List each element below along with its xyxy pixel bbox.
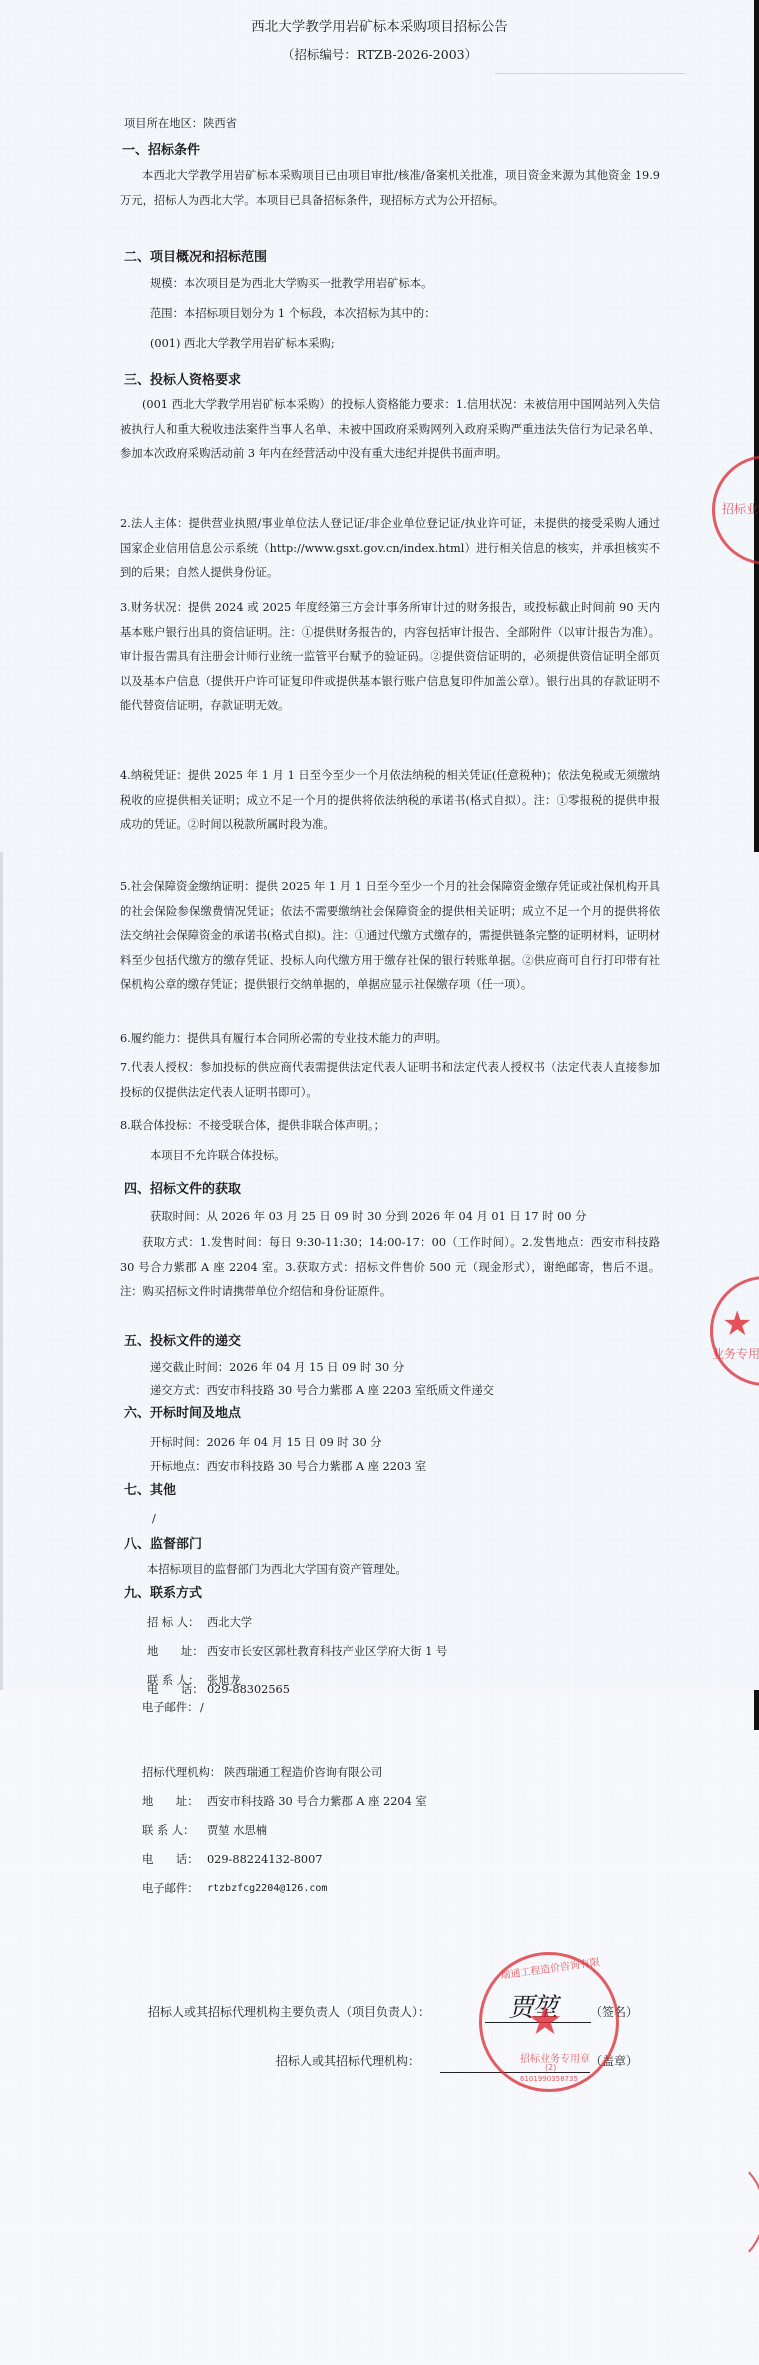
tender-number: （招标编号：RTZB-2026-2003） xyxy=(0,48,759,62)
tenderer-phone: 029-88302565 xyxy=(207,1683,290,1697)
section-1-body: 本西北大学教学用岩矿标本采购项目已由项目审批/核准/备案机关批准，项目资金来源为… xyxy=(120,164,660,213)
section-heading-5: 五、投标文件的递交 xyxy=(124,1335,241,1349)
document-acquisition-time: 获取时间：从 2026 年 03 月 25 日 09 时 30 分到 2026 … xyxy=(150,1210,586,1224)
tenderer-address: 西安市长安区郭杜教育科技产业区学府大街 1 号 xyxy=(207,1645,447,1659)
agency-email-label: 电子邮件： xyxy=(142,1882,199,1896)
requirement-8-consortium: 8.联合体投标：不接受联合体，提供非联合体声明。； xyxy=(120,1114,660,1139)
section-heading-4: 四、招标文件的获取 xyxy=(124,1183,241,1197)
supervision-department: 本招标项目的监督部门为西北大学国有资产管理处。 xyxy=(147,1563,407,1577)
section-heading-2: 二、项目概况和招标范围 xyxy=(124,251,267,265)
opening-time: 开标时间：2026 年 04 月 15 日 09 时 30 分 xyxy=(150,1436,382,1450)
requirement-3-financial: 3.财务状况：提供 2024 或 2025 年度经第三方会计事务所审计过的财务报… xyxy=(120,596,660,719)
project-region: 项目所在地区：陕西省 xyxy=(124,117,237,131)
project-scope: 范围：本招标项目划分为 1 个标段，本次招标为其中的： xyxy=(150,307,436,321)
agency-address-label: 地 址： xyxy=(142,1795,199,1809)
section-heading-6: 六、开标时间及地点 xyxy=(124,1407,241,1421)
tenderer-address-label: 地 址： xyxy=(147,1645,204,1659)
section-heading-3: 三、投标人资格要求 xyxy=(124,374,241,388)
seal-serial: (2) xyxy=(545,2063,556,2072)
page-segment-3: 电 话： 029-88302565 电子邮件： / 招标代理机构： 陕西瑞通工程… xyxy=(0,1690,759,2365)
requirement-4-tax: 4.纳税凭证：提供 2025 年 1 月 1 日至今至少一个月依法纳税的相关凭证… xyxy=(120,764,660,844)
requirement-6-capability: 6.履约能力：提供具有履行本合同所必需的专业技术能力的声明。 xyxy=(120,1027,660,1052)
scan-edge xyxy=(754,1690,759,1730)
project-lot: (001) 西北大学教学用岩矿标本采购; xyxy=(150,337,335,351)
project-scale: 规模：本次项目是为西北大学购买一批教学用岩矿标本。 xyxy=(150,277,432,291)
agency-email[interactable]: rtzbzfcg2204@126.com xyxy=(207,1882,327,1896)
requirement-7-authorization: 7.代表人授权：参加投标的供应商代表需提供法定代表人证明书和法定代表人授权书（法… xyxy=(120,1056,660,1105)
seal-text-fragment: 招标业务专用章 xyxy=(722,500,759,517)
agency-address: 西安市科技路 30 号合力紫郡 A 座 2204 室 xyxy=(207,1795,427,1809)
agency-contact: 贾堃 水思楠 xyxy=(207,1824,267,1838)
tenderer-email: / xyxy=(200,1701,204,1715)
section-heading-7: 七、其他 xyxy=(124,1484,176,1498)
page-segment-1: 西北大学教学用岩矿标本采购项目招标公告 （招标编号：RTZB-2026-2003… xyxy=(0,0,759,852)
consortium-note: 本项目不允许联合体投标。 xyxy=(150,1149,286,1163)
section-heading-8: 八、监督部门 xyxy=(124,1538,202,1552)
tenderer-email-label: 电子邮件： xyxy=(142,1701,199,1715)
responsible-person-label: 招标人或其招标代理机构主要负责人（项目负责人）： xyxy=(148,2005,430,2019)
tenderer-name-label: 招 标 人： xyxy=(147,1616,199,1630)
seal-number: 6101990358735 xyxy=(520,2075,578,2083)
scan-artifact-line xyxy=(495,73,685,74)
official-seal-partial xyxy=(665,2156,759,2268)
scan-edge xyxy=(0,852,3,1690)
page-segment-2: 5.社会保障资金缴纳证明：提供 2025 年 1 月 1 日至今至少一个月的社会… xyxy=(0,852,759,1690)
seal-star-icon: ★ xyxy=(527,1998,563,2044)
tenderer-phone-label: 电 话： xyxy=(147,1683,204,1697)
requirement-2-legal-entity: 2.法人主体：提供营业执照/事业单位法人登记证/非企业单位登记证/执业许可证，未… xyxy=(120,512,660,586)
tenderer-name: 西北大学 xyxy=(207,1616,252,1630)
submission-deadline: 递交截止时间：2026 年 04 月 15 日 09 时 30 分 xyxy=(150,1361,404,1375)
agency-contact-label: 联 系 人： xyxy=(142,1824,194,1838)
organization-label: 招标人或其招标代理机构： xyxy=(276,2054,420,2068)
document-title: 西北大学教学用岩矿标本采购项目招标公告 xyxy=(0,20,759,34)
section-heading-1: 一、招标条件 xyxy=(122,144,200,158)
agency-name-label: 招标代理机构： xyxy=(142,1766,221,1780)
agency-phone-label: 电 话： xyxy=(142,1853,199,1867)
agency-phone: 029-88224132-8007 xyxy=(207,1853,322,1867)
section-heading-9: 九、联系方式 xyxy=(124,1587,202,1601)
submission-method: 递交方式：西安市科技路 30 号合力紫郡 A 座 2203 室纸质文件递交 xyxy=(150,1384,494,1398)
section-7-body: / xyxy=(152,1512,156,1526)
agency-name: 陕西瑞通工程造价咨询有限公司 xyxy=(224,1766,382,1780)
scan-edge xyxy=(754,0,759,852)
seal-star-icon: ★ xyxy=(722,1304,752,1344)
opening-place: 开标地点：西安市科技路 30 号合力紫郡 A 座 2203 室 xyxy=(150,1460,426,1474)
seal-text-fragment: 业务专用 xyxy=(712,1345,759,1362)
requirement-1-credit: (001 西北大学教学用岩矿标本采购）的投标人资格能力要求：1.信用状况：未被信… xyxy=(120,393,660,467)
requirement-5-social-security: 5.社会保障资金缴纳证明：提供 2025 年 1 月 1 日至今至少一个月的社会… xyxy=(120,875,660,998)
document-acquisition-method: 获取方式：1.发售时间：每日 9:30-11:30；14:00-17：00（工作… xyxy=(120,1231,660,1305)
